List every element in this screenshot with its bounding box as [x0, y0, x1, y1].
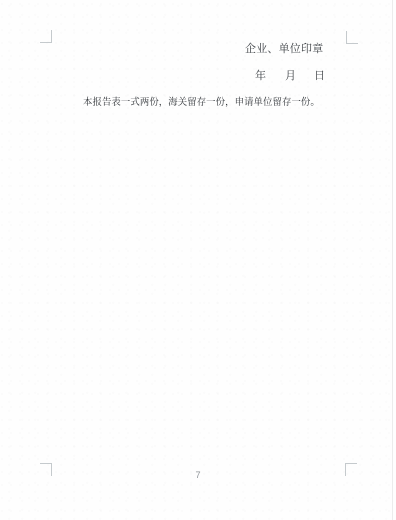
- date-day-label: 日: [314, 70, 325, 82]
- date-month-label: 月: [285, 70, 296, 82]
- document-page: 企业、单位印章 年月日 本报告表一式两份，海关留存一份，申请单位留存一份。 7: [0, 0, 396, 520]
- date-line: 年月日: [255, 70, 325, 82]
- crop-mark-top-right-icon: [346, 31, 358, 44]
- copies-note-text: 本报告表一式两份，海关留存一份，申请单位留存一份。: [83, 96, 320, 108]
- page-number: 7: [0, 470, 396, 480]
- stamp-label: 企业、单位印章: [245, 43, 323, 55]
- crop-mark-top-left-icon: [40, 30, 52, 43]
- date-year-label: 年: [255, 70, 266, 82]
- page-edge-line: [392, 0, 393, 520]
